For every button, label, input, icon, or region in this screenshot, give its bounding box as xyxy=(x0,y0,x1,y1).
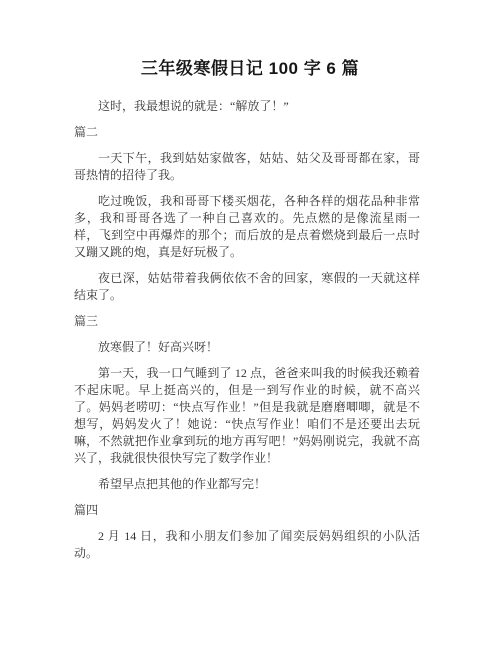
paragraph: 夜已深，姑姑带着我俩依依不舍的回家，寒假的一天就这样结束了。 xyxy=(74,270,420,304)
section-label: 篇三 xyxy=(74,313,420,330)
paragraph: 一天下午，我到姑姑家做客，姑姑、姑父及哥哥都在家，哥哥热情的招待了我。 xyxy=(74,150,420,184)
paragraph: 2 月 14 日，我和小朋友们参加了闻奕辰妈妈组织的小队活动。 xyxy=(74,528,420,562)
document-page: 三年级寒假日记 100 字 6 篇 这时，我最想说的就是：“解放了！”篇二一天下… xyxy=(0,0,500,647)
paragraph: 希望早点把其他的作业都写完！ xyxy=(74,476,420,493)
section-label: 篇四 xyxy=(74,502,420,519)
page-title: 三年级寒假日记 100 字 6 篇 xyxy=(0,57,500,81)
paragraph: 放寒假了！好高兴呀！ xyxy=(74,339,420,356)
paragraph: 第一天，我一口气睡到了 12 点，爸爸来叫我的时候我还赖着不起床呢。早上挺高兴的… xyxy=(74,365,420,467)
document-body: 这时，我最想说的就是：“解放了！”篇二一天下午，我到姑姑家做客，姑姑、姑父及哥哥… xyxy=(74,98,420,562)
paragraph: 吃过晚饭，我和哥哥下楼买烟花，各种各样的烟花品种非常多，我和哥哥各选了一种自己喜… xyxy=(74,193,420,261)
paragraph: 这时，我最想说的就是：“解放了！” xyxy=(74,98,420,115)
section-label: 篇二 xyxy=(74,124,420,141)
